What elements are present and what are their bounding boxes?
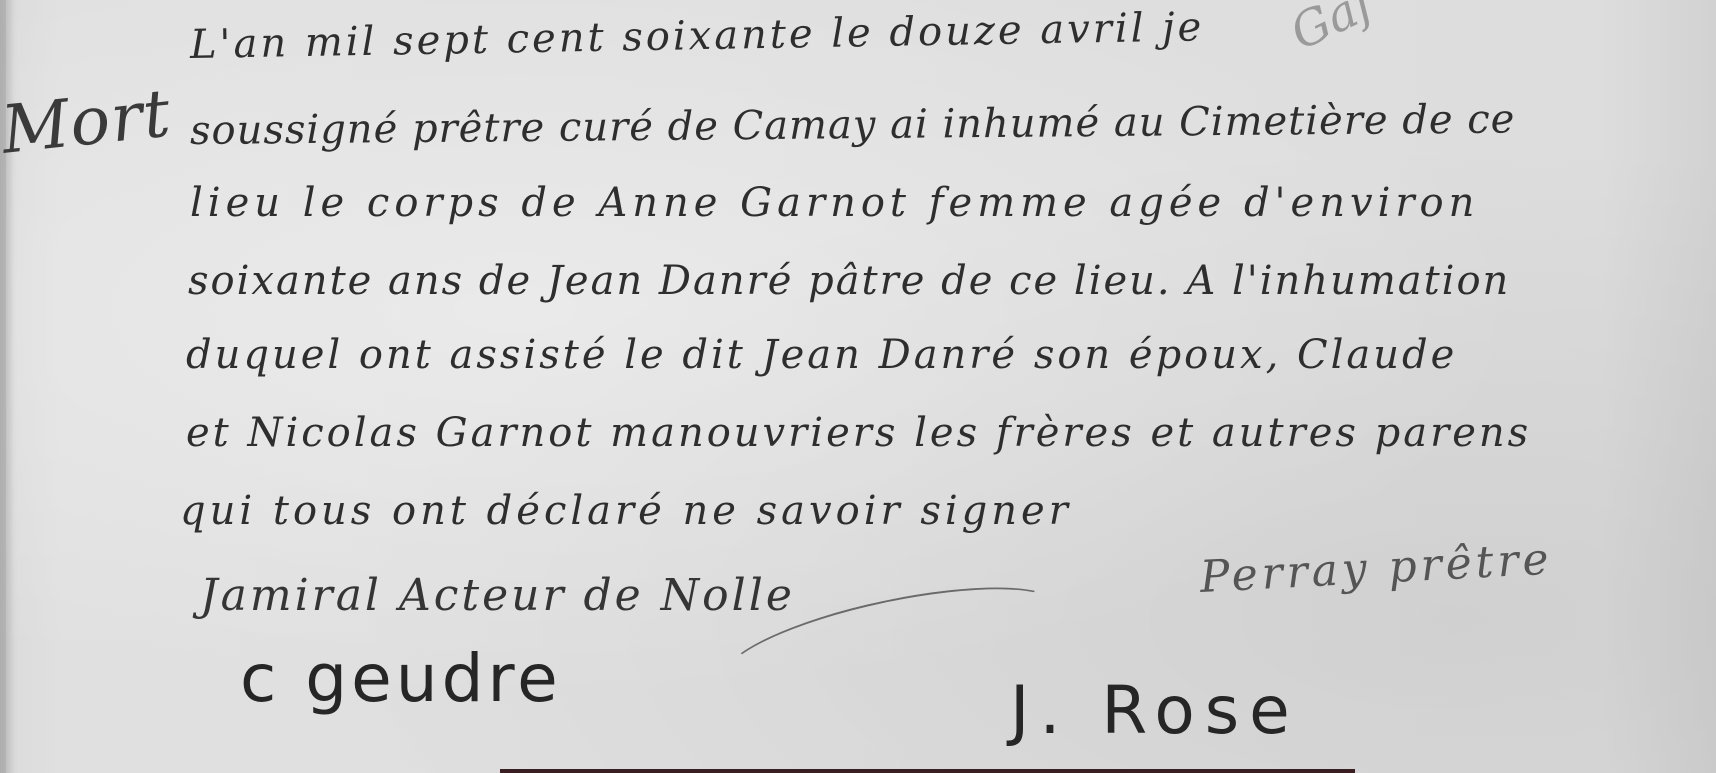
record-line-5: duquel ont assisté le dit Jean Danré son…: [186, 332, 1457, 378]
signature-geudre: c geudre: [240, 640, 562, 717]
scanned-document-page: Gaf Mort L'an mil sept cent soixante le …: [0, 0, 1716, 773]
bottom-dark-bar: [500, 769, 1355, 773]
record-line-6: et Nicolas Garnot manouvriers les frères…: [186, 410, 1531, 456]
faint-top-mark: Gaf: [1282, 0, 1382, 61]
record-line-2: soussigné prêtre curé de Camay ai inhumé…: [190, 96, 1516, 154]
record-line-7: qui tous ont déclaré ne savoir signer: [180, 488, 1072, 534]
margin-note-mort: Mort: [0, 75, 174, 169]
signature-jamiral: Jamiral Acteur de Nolle: [200, 570, 795, 621]
record-line-4: soixante ans de Jean Danré pâtre de ce l…: [188, 258, 1510, 304]
record-line-3: lieu le corps de Anne Garnot femme agée …: [190, 180, 1479, 226]
record-line-1: L'an mil sept cent soixante le douze avr…: [190, 4, 1205, 68]
signature-rose: J. Rose: [1010, 672, 1300, 749]
signature-perray: Perray prêtre: [1199, 534, 1554, 603]
